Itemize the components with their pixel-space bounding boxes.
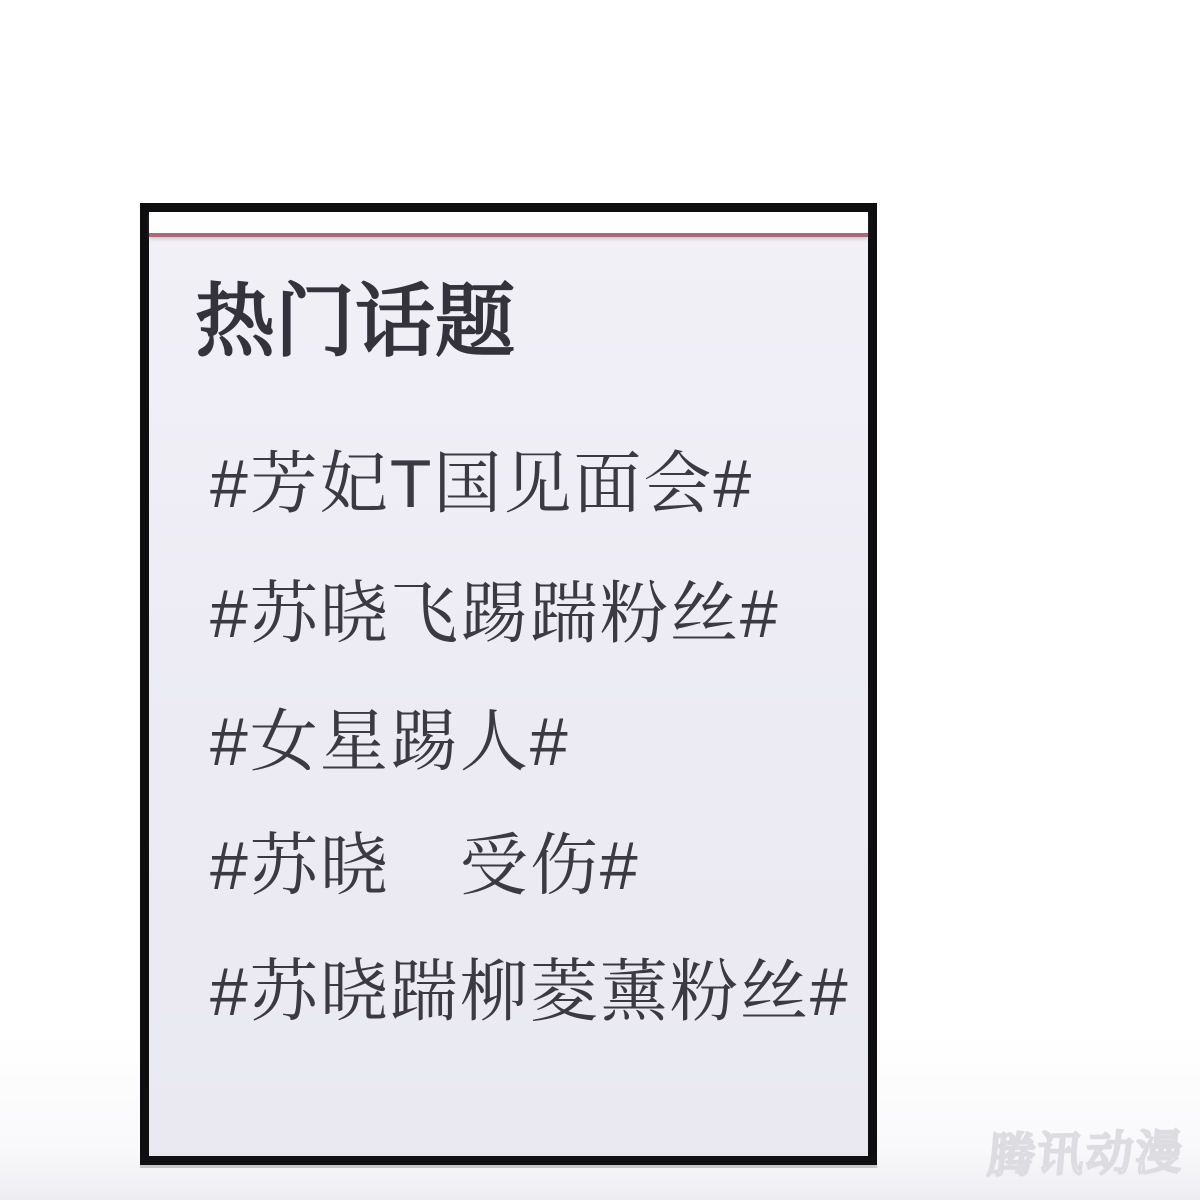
tencent-comics-watermark: 腾讯动漫 [985,1124,1186,1184]
topic-item-fangfei-t-country-meetup[interactable]: #芳妃T国见面会# [210,450,753,518]
comic-page: 热门话题 #芳妃T国见面会# #苏晓飞踢踹粉丝# #女星踢人# #苏晓 受伤# … [0,0,1200,1200]
topic-item-suxiao-flying-kick-fans[interactable]: #苏晓飞踢踹粉丝# [210,580,780,648]
hot-topics-panel: 热门话题 #芳妃T国见面会# #苏晓飞踢踹粉丝# #女星踢人# #苏晓 受伤# … [140,203,877,1165]
topic-item-suxiao-kicks-liulingxun-fans[interactable]: #苏晓踹柳菱薰粉丝# [210,958,850,1026]
panel-header-strip [149,212,868,237]
hot-topics-title: 热门话题 [195,282,515,362]
topic-item-female-star-kicks-person[interactable]: #女星踢人# [210,708,570,776]
topic-item-suxiao-injured[interactable]: #苏晓 受伤# [210,832,640,900]
